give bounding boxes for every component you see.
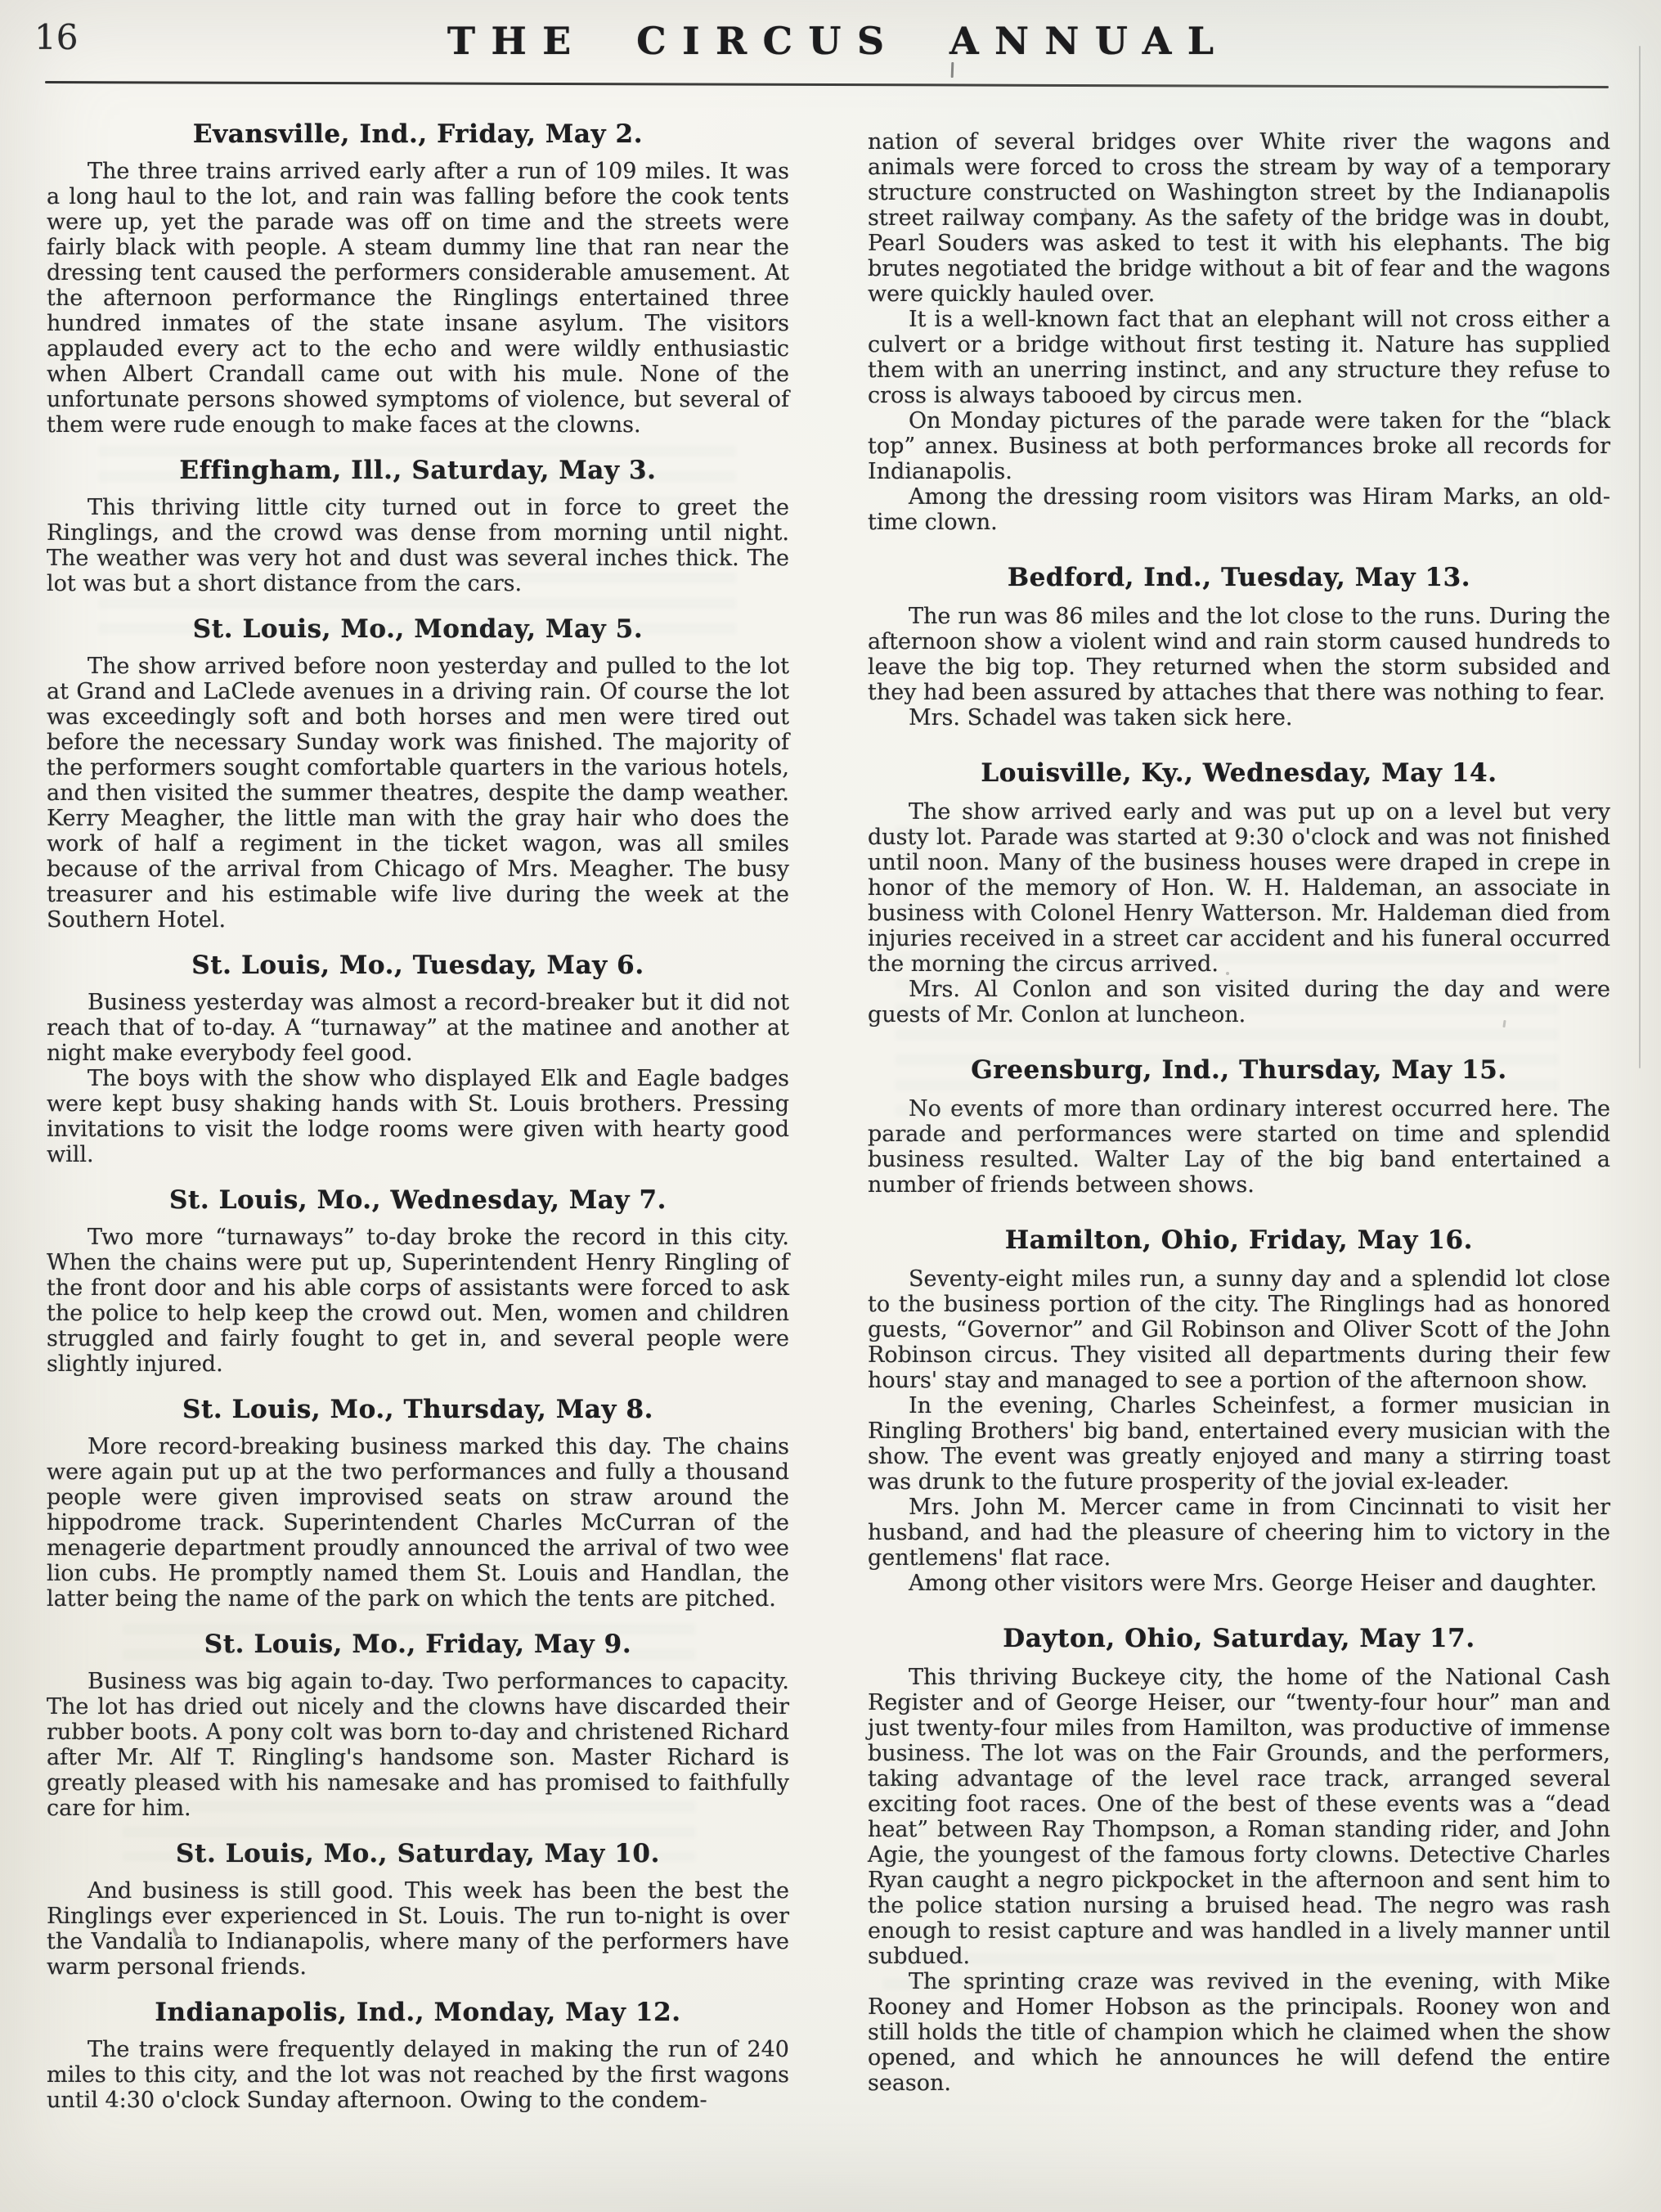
diary-entry: Louisville, Ky., Wednesday, May 14. The … [868,758,1610,1027]
diary-entry: Greensburg, Ind., Thursday, May 15. No e… [868,1055,1610,1198]
entry-heading: Indianapolis, Ind., Monday, May 12. [47,1998,789,2027]
right-column: nation of several bridges over White riv… [868,119,1610,2096]
entry-paragraph: Seventy-eight miles run, a sunny day and… [868,1266,1610,1393]
scan-speck [951,62,954,78]
page-edge-scan-line [1639,46,1641,1068]
entry-paragraph: It is a well-known fact that an elephant… [868,307,1610,408]
scan-speck [1226,972,1229,975]
page-title: THE CIRCUS ANNUAL [0,20,1661,62]
entry-paragraph: Mrs. Al Conlon and son visited during th… [868,977,1610,1027]
entry-heading: Bedford, Ind., Tuesday, May 13. [868,563,1610,592]
entry-heading: St. Louis, Mo., Tuesday, May 6. [47,951,789,980]
entry-heading: Greensburg, Ind., Thursday, May 15. [868,1055,1610,1085]
diary-entry: Bedford, Ind., Tuesday, May 13. The run … [868,563,1610,731]
entry-heading: St. Louis, Mo., Monday, May 5. [47,614,789,644]
entry-heading: St. Louis, Mo., Thursday, May 8. [47,1395,789,1424]
entry-paragraph: The boys with the show who displayed Elk… [47,1066,789,1167]
entry-paragraph: And business is still good. This week ha… [47,1878,789,1980]
entry-heading: Louisville, Ky., Wednesday, May 14. [868,758,1610,788]
entry-paragraph: This thriving little city turned out in … [47,495,789,596]
entry-heading: Hamilton, Ohio, Friday, May 16. [868,1225,1610,1255]
scanned-book-page: 16 THE CIRCUS ANNUAL Evansville, Ind., F… [0,0,1661,2212]
diary-entry: St. Louis, Mo., Tuesday, May 6. Business… [47,951,789,1167]
diary-entry: Hamilton, Ohio, Friday, May 16. Seventy-… [868,1225,1610,1596]
diary-entry: nation of several bridges over White riv… [868,129,1610,535]
diary-entry: Indianapolis, Ind., Monday, May 12. The … [47,1998,789,2113]
entry-heading: St. Louis, Mo., Friday, May 9. [47,1630,789,1659]
diary-entry: St. Louis, Mo., Saturday, May 10. And bu… [47,1839,789,1980]
entry-paragraph: More record-breaking business marked thi… [47,1434,789,1612]
diary-entry: Evansville, Ind., Friday, May 2. The thr… [47,119,789,438]
diary-entry: St. Louis, Mo., Friday, May 9. Business … [47,1630,789,1821]
diary-entry: Effingham, Ill., Saturday, May 3. This t… [47,456,789,596]
entry-paragraph: Among the dressing room visitors was Hir… [868,484,1610,535]
entry-heading: Evansville, Ind., Friday, May 2. [47,119,789,149]
entry-paragraph: Business yesterday was almost a record-b… [47,990,789,1066]
entry-paragraph: On Monday pictures of the parade were ta… [868,408,1610,484]
entry-heading: St. Louis, Mo., Saturday, May 10. [47,1839,789,1868]
entry-heading: Dayton, Ohio, Saturday, May 17. [868,1624,1610,1653]
diary-entry: St. Louis, Mo., Monday, May 5. The show … [47,614,789,933]
left-column: Evansville, Ind., Friday, May 2. The thr… [47,119,789,2113]
entry-heading: Effingham, Ill., Saturday, May 3. [47,456,789,485]
entry-paragraph: The show arrived before noon yesterday a… [47,654,789,933]
page-body: Evansville, Ind., Friday, May 2. The thr… [47,119,1610,2113]
entry-paragraph: Mrs. Schadel was taken sick here. [868,705,1610,731]
entry-paragraph: In the evening, Charles Scheinfest, a fo… [868,1393,1610,1495]
header-rule [45,81,1609,88]
entry-paragraph: Among other visitors were Mrs. George He… [868,1571,1610,1596]
entry-paragraph: No events of more than ordinary interest… [868,1096,1610,1198]
entry-paragraph: The trains were frequently delayed in ma… [47,2037,789,2113]
diary-entry: St. Louis, Mo., Thursday, May 8. More re… [47,1395,789,1612]
entry-paragraph: The run was 86 miles and the lot close t… [868,604,1610,705]
scan-speck [1084,208,1088,217]
entry-paragraph: The show arrived early and was put up on… [868,799,1610,977]
diary-entry: St. Louis, Mo., Wednesday, May 7. Two mo… [47,1185,789,1377]
entry-heading: St. Louis, Mo., Wednesday, May 7. [47,1185,789,1215]
diary-entry: Dayton, Ohio, Saturday, May 17. This thr… [868,1624,1610,2096]
entry-paragraph: Mrs. John M. Mercer came in from Cincinn… [868,1495,1610,1571]
entry-paragraph: Two more “turnaways” to-day broke the re… [47,1225,789,1377]
entry-paragraph: Business was big again to-day. Two perfo… [47,1669,789,1821]
entry-paragraph: nation of several bridges over White riv… [868,129,1610,307]
entry-paragraph: The three trains arrived early after a r… [47,159,789,438]
entry-paragraph: This thriving Buckeye city, the home of … [868,1665,1610,1969]
entry-paragraph: The sprinting craze was revived in the e… [868,1969,1610,2096]
